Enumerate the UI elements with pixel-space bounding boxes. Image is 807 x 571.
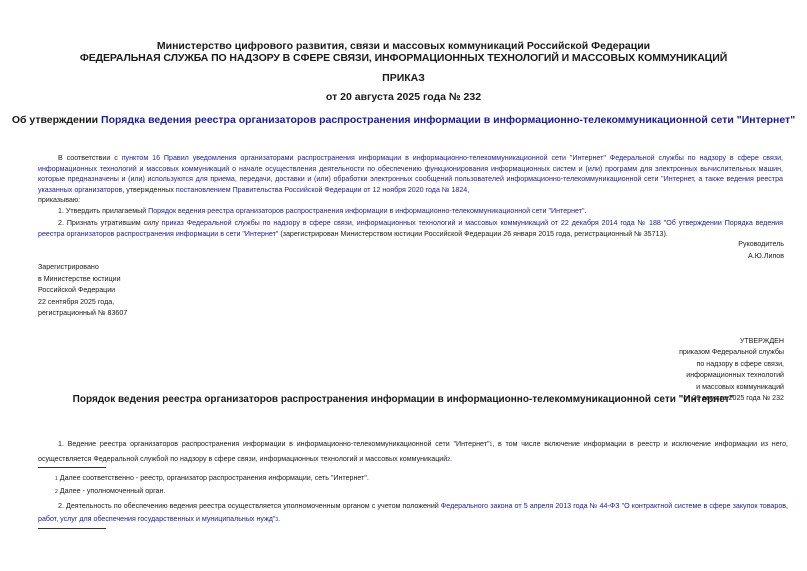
approval-line: информационных технологий bbox=[679, 370, 784, 381]
document-date-number: от 20 августа 2025 года № 232 bbox=[0, 91, 807, 103]
service-name: ФЕДЕРАЛЬНАЯ СЛУЖБА ПО НАДЗОРУ В СФЕРЕ СВ… bbox=[0, 52, 807, 64]
footnote-1: 1 Далее соответственно - реестр, организ… bbox=[55, 474, 369, 482]
registration-line: в Министерстве юстиции bbox=[38, 274, 127, 286]
footnote-2: 2 Далее - уполномоченный орган. bbox=[55, 487, 165, 495]
preamble: В соответствии с пунктом 16 Правил уведо… bbox=[38, 153, 783, 195]
preamble-text-3: , bbox=[467, 186, 469, 194]
preamble-text-2: , утвержденных bbox=[122, 186, 176, 194]
item1-text: 1. Утвердить прилагаемый bbox=[58, 207, 148, 215]
footnote-ref-1[interactable]: 1 bbox=[489, 442, 492, 448]
point1-end: . bbox=[450, 455, 452, 463]
registration-line: Российской Федерации bbox=[38, 285, 127, 297]
preamble-text-1: В соответствии с bbox=[58, 154, 122, 162]
footnote-1-mark: 1 bbox=[55, 476, 58, 482]
item1-end: . bbox=[584, 207, 586, 215]
footnote-ref-3[interactable]: 3 bbox=[275, 517, 278, 523]
subject-link[interactable]: Порядка ведения реестра организаторов ра… bbox=[101, 114, 795, 126]
ministry-name: Министерство цифрового развития, связи и… bbox=[0, 40, 807, 52]
item2-end: (зарегистрирован Министерством юстиции Р… bbox=[278, 230, 667, 238]
approval-line: и массовых коммуникаций bbox=[679, 382, 784, 393]
procedure-title: Порядок ведения реестра организаторов ра… bbox=[0, 394, 807, 405]
footnote-divider bbox=[38, 467, 106, 468]
point1-text-a: 1. Ведение реестра организаторов распрос… bbox=[58, 440, 489, 448]
registration-line: 22 сентября 2025 года, bbox=[38, 297, 127, 309]
document-type: ПРИКАЗ bbox=[0, 72, 807, 84]
item2-text: 2. Признать утратившим силу bbox=[58, 219, 162, 227]
footnote-divider bbox=[38, 528, 106, 529]
footnote-ref-2[interactable]: 2 bbox=[447, 457, 450, 463]
footnote-1-text: Далее соответственно - реестр, организат… bbox=[60, 474, 369, 482]
approval-line: приказом Федеральной службы bbox=[679, 347, 784, 358]
order-item-1: 1. Утвердить прилагаемый Порядок ведения… bbox=[58, 207, 586, 215]
procedure-link[interactable]: Порядок ведения реестра организаторов ра… bbox=[148, 207, 584, 215]
subject-prefix: Об утверждении bbox=[12, 114, 101, 126]
footnote-2-mark: 2 bbox=[55, 489, 58, 495]
point2-text: 2. Деятельность по обеспечению ведения р… bbox=[58, 502, 441, 510]
signer-name: А.Ю.Липов bbox=[748, 252, 784, 260]
order-item-2: 2. Признать утратившим силу приказ Федер… bbox=[38, 218, 783, 239]
registration-line: регистрационный № 83607 bbox=[38, 308, 127, 320]
procedure-point-1: 1. Ведение реестра организаторов распрос… bbox=[38, 437, 788, 467]
registration-block: Зарегистрировано в Министерстве юстиции … bbox=[38, 262, 127, 320]
registration-line: Зарегистрировано bbox=[38, 262, 127, 274]
order-word: приказываю: bbox=[38, 196, 80, 204]
document-subject: Об утверждении Порядка ведения реестра о… bbox=[0, 114, 807, 126]
approval-line: по надзору в сфере связи, bbox=[679, 359, 784, 370]
procedure-point-2: 2. Деятельность по обеспечению ведения р… bbox=[38, 500, 788, 527]
signer-position: Руководитель bbox=[738, 240, 784, 248]
footnote-2-text: Далее - уполномоченный орган. bbox=[60, 487, 166, 495]
point2-end: . bbox=[278, 515, 280, 523]
government-decree-link[interactable]: постановлением Правительства Российской … bbox=[176, 186, 467, 194]
approval-line: УТВЕРЖДЕН bbox=[679, 336, 784, 347]
